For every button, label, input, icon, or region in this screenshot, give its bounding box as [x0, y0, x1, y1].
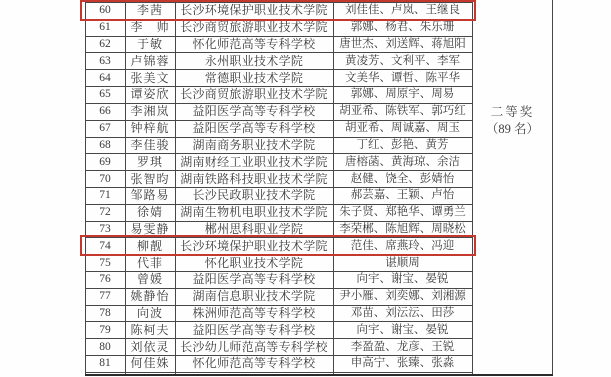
rank-number: 78 — [85, 306, 125, 321]
table-row: 78 向波 株洲师范高等专科学校 邓苗、刘沄沄、田莎 — [85, 306, 472, 323]
rank-number: 77 — [85, 289, 125, 304]
table-body: 60 李茜 长沙环境保护职业技术学院 刘佳佳、卢岚、王继良 61 李 帅 长沙商… — [85, 2, 472, 373]
rank-number: 63 — [85, 54, 125, 69]
student-name: 李 帅 — [125, 20, 175, 35]
student-name: 易雯静 — [125, 222, 175, 237]
document-page: 60 李茜 长沙环境保护职业技术学院 刘佳佳、卢岚、王继良 61 李 帅 长沙商… — [0, 0, 611, 377]
member-names: 朱子贤、郑艳华、谭勇兰 — [333, 205, 472, 220]
award-table: 60 李茜 长沙环境保护职业技术学院 刘佳佳、卢岚、王继良 61 李 帅 长沙商… — [85, 0, 553, 376]
member-names: 刘佳佳、卢岚、王继良 — [333, 3, 472, 18]
school-name: 永州职业技术学院 — [175, 54, 333, 69]
rank-number: 65 — [85, 87, 125, 102]
table-row: 71 邹路易 长沙民政职业技术学院 郝芸嘉、王颖、卢怡 — [85, 188, 472, 205]
member-names: 李盈盈、龙彦、王锐 — [333, 340, 472, 355]
student-name: 姚静怡 — [125, 289, 175, 304]
member-names: 文美华、谭哲、陈平华 — [333, 71, 472, 86]
member-names: 谌顺周 — [333, 256, 472, 271]
table-row: 66 李湘岚 益阳医学高等专科学校 胡亚希、陈铁军、郭巧红 — [85, 104, 472, 121]
prize-count: （89 名） — [472, 121, 553, 138]
student-name: 刘依灵 — [125, 340, 175, 355]
member-names: 范佳、席燕玲、冯迎 — [333, 239, 472, 254]
rank-number: 70 — [85, 172, 125, 187]
rank-number: 66 — [85, 104, 125, 119]
student-name: 谭姿欣 — [125, 87, 175, 102]
school-name: 湖南信息职业技术学院 — [175, 289, 333, 304]
school-name: 长沙幼儿师范高等专科学校 — [175, 340, 333, 355]
school-name: 长沙环境保护职业技术学院 — [175, 239, 333, 254]
member-names: 向宇、谢宝、晏锐 — [333, 272, 472, 287]
member-names: 李荣郴、陈旭辉、周晓松 — [333, 222, 472, 237]
student-name: 邹路易 — [125, 188, 175, 203]
prize-label: 二等奖 — [472, 104, 553, 121]
school-name: 怀化师范高等专科学校 — [175, 37, 333, 52]
student-name: 代菲 — [125, 256, 175, 271]
school-name: 长沙商贸旅游职业技术学院 — [175, 20, 333, 35]
member-names: 丁红、彭艳、黄芳 — [333, 138, 472, 153]
student-name: 柳靓 — [125, 239, 175, 254]
student-name: 罗琪 — [125, 155, 175, 170]
student-name: 于敏 — [125, 37, 175, 52]
table-row: 73 易雯静 郴州思科职业学院 李荣郴、陈旭辉、周晓松 — [85, 222, 472, 239]
student-name: 徐婧 — [125, 205, 175, 220]
school-name: 湖南铁路科技职业技术学院 — [175, 172, 333, 187]
student-name: 张美文 — [125, 71, 175, 86]
table-row: 77 姚静怡 湖南信息职业技术学院 尹小雁、刘奕娜、刘湘源 — [85, 289, 472, 306]
member-names: 胡亚希、陈铁军、郭巧红 — [333, 104, 472, 119]
member-names: 邓苗、刘沄沄、田莎 — [333, 306, 472, 321]
student-name: 陈柯夫 — [125, 323, 175, 338]
rank-number: 75 — [85, 256, 125, 271]
rank-number: 81 — [85, 356, 125, 371]
member-names: 胡亚希、周诚嘉、周玉 — [333, 121, 472, 136]
member-names: 郭娜、杨君、朱乐珊 — [333, 20, 472, 35]
member-names: 唐世杰、刘送辉、蒋旭阳 — [333, 37, 472, 52]
member-names: 唐榕菡、黄海琼、余洁 — [333, 155, 472, 170]
rank-number: 79 — [85, 323, 125, 338]
table-row: 80 刘依灵 长沙幼儿师范高等专科学校 李盈盈、龙彦、王锐 — [85, 339, 472, 356]
rank-number: 69 — [85, 155, 125, 170]
rank-number: 61 — [85, 20, 125, 35]
table-row: 62 于敏 怀化师范高等专科学校 唐世杰、刘送辉、蒋旭阳 — [85, 37, 472, 54]
student-name: 李佳骏 — [125, 138, 175, 153]
rank-number: 74 — [85, 239, 125, 254]
rank-number: 80 — [85, 340, 125, 355]
student-name: 张智昀 — [125, 172, 175, 187]
rank-number: 60 — [85, 3, 125, 18]
table-row: 67 钟梓航 益阳医学高等专科学校 胡亚希、周诚嘉、周玉 — [85, 121, 472, 138]
school-name: 益阳医学高等专科学校 — [175, 323, 333, 338]
table-row: 63 卢锦蓉 永州职业技术学院 黄凌芳、文利平、李军 — [85, 53, 472, 70]
school-name: 益阳医学高等专科学校 — [175, 272, 333, 287]
member-names: 向宇、谢宝、晏锐 — [333, 323, 472, 338]
student-name: 卢锦蓉 — [125, 54, 175, 69]
school-name: 株洲师范高等专科学校 — [175, 306, 333, 321]
prize-text: 二等奖 （89 名） — [472, 104, 553, 138]
rank-number: 64 — [85, 71, 125, 86]
table-row: 61 李 帅 长沙商贸旅游职业技术学院 郭娜、杨君、朱乐珊 — [85, 20, 472, 37]
student-name: 李湘岚 — [125, 104, 175, 119]
rank-number: 73 — [85, 222, 125, 237]
table-row: 75 代菲 怀化职业技术学院 谌顺周 — [85, 255, 472, 272]
table-row: 70 张智昀 湖南铁路科技职业技术学院 赵健、饶全、彭婧怡 — [85, 171, 472, 188]
member-names: 黄凌芳、文利平、李军 — [333, 54, 472, 69]
table-row: 74 柳靓 长沙环境保护职业技术学院 范佳、席燕玲、冯迎 — [85, 238, 472, 255]
table-row: 72 徐婧 湖南生物机电职业技术学院 朱子贤、郑艳华、谭勇兰 — [85, 205, 472, 222]
school-name: 长沙民政职业技术学院 — [175, 188, 333, 203]
rank-number: 68 — [85, 138, 125, 153]
student-name: 何佳姝 — [125, 356, 175, 371]
rank-number: 67 — [85, 121, 125, 136]
rank-number: 71 — [85, 188, 125, 203]
school-name: 常德职业技术学院 — [175, 71, 333, 86]
member-names: 郭娜、周原宇、周易 — [333, 87, 472, 102]
table-row: 81 何佳姝 怀化师范高等专科学校 申高宁、张臻、张淼 — [85, 356, 472, 373]
school-name: 益阳医学高等专科学校 — [175, 104, 333, 119]
table-row: 69 罗琪 湖南财经工业职业技术学院 唐榕菡、黄海琼、余洁 — [85, 154, 472, 171]
rank-number: 62 — [85, 37, 125, 52]
table-row: 79 陈柯夫 益阳医学高等专科学校 向宇、谢宝、晏锐 — [85, 322, 472, 339]
school-name: 益阳医学高等专科学校 — [175, 121, 333, 136]
school-name: 长沙商贸旅游职业技术学院 — [175, 87, 333, 102]
prize-merged-cell: 二等奖 （89 名） — [472, 0, 553, 374]
student-name: 李茜 — [125, 3, 175, 18]
school-name: 郴州思科职业学院 — [175, 222, 333, 237]
table-row: 76 曾媛 益阳医学高等专科学校 向宇、谢宝、晏锐 — [85, 272, 472, 289]
table-row: 65 谭姿欣 长沙商贸旅游职业技术学院 郭娜、周原宇、周易 — [85, 87, 472, 104]
rank-number: 76 — [85, 272, 125, 287]
school-name: 怀化师范高等专科学校 — [175, 356, 333, 371]
member-names: 郝芸嘉、王颖、卢怡 — [333, 188, 472, 203]
member-names: 尹小雁、刘奕娜、刘湘源 — [333, 289, 472, 304]
student-name: 向波 — [125, 306, 175, 321]
school-name: 湖南生物机电职业技术学院 — [175, 205, 333, 220]
table-row: 64 张美文 常德职业技术学院 文美华、谭哲、陈平华 — [85, 70, 472, 87]
student-name: 钟梓航 — [125, 121, 175, 136]
table-row: 68 李佳骏 湖南商务职业技术学院 丁红、彭艳、黄芳 — [85, 138, 472, 155]
table-row: 60 李茜 长沙环境保护职业技术学院 刘佳佳、卢岚、王继良 — [85, 3, 472, 20]
member-names: 申高宁、张臻、张淼 — [333, 356, 472, 371]
school-name: 长沙环境保护职业技术学院 — [175, 3, 333, 18]
school-name: 怀化职业技术学院 — [175, 256, 333, 271]
student-name: 曾媛 — [125, 272, 175, 287]
school-name: 湖南商务职业技术学院 — [175, 138, 333, 153]
member-names: 赵健、饶全、彭婧怡 — [333, 172, 472, 187]
rank-number: 72 — [85, 205, 125, 220]
school-name: 湖南财经工业职业技术学院 — [175, 155, 333, 170]
